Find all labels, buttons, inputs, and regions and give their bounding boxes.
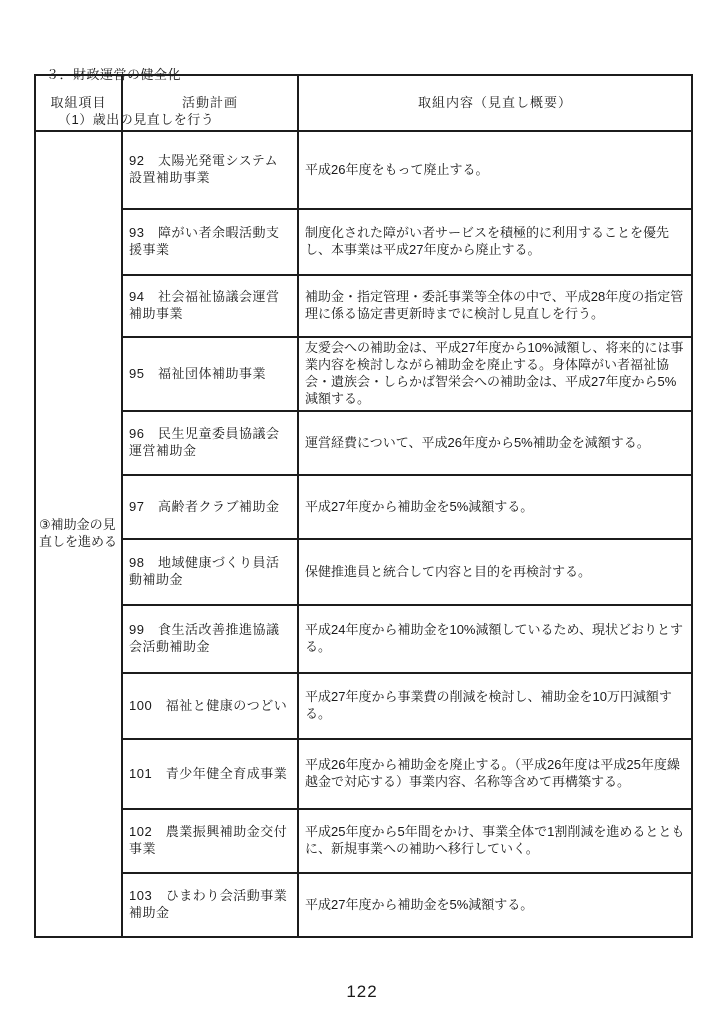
detail-cell: 保健推進員と統合して内容と目的を再検討する。 [298, 539, 692, 605]
header-activity-plan: 活動計画 [122, 75, 298, 131]
page-number: 122 [0, 982, 724, 1002]
table-row: 94 社会福祉協議会運営補助事業 補助金・指定管理・委託事業等全体の中で、平成2… [35, 275, 692, 337]
plan-cell: 96 民生児童委員協議会運営補助金 [122, 411, 298, 475]
header-row: 取組項目 活動計画 取組内容（見直し概要） [35, 75, 692, 131]
table-row: 100 福祉と健康のつどい 平成27年度から事業費の削減を検討し、補助金を10万… [35, 673, 692, 739]
detail-cell: 平成25年度から5年間をかけ、事業全体で1割削減を進めるとともに、新規事業への補… [298, 809, 692, 873]
detail-cell: 補助金・指定管理・委託事業等全体の中で、平成28年度の指定管理に係る協定書更新時… [298, 275, 692, 337]
detail-cell: 平成27年度から事業費の削減を検討し、補助金を10万円減額する。 [298, 673, 692, 739]
plan-cell: 101 青少年健全育成事業 [122, 739, 298, 809]
table-row: 97 高齢者クラブ補助金 平成27年度から補助金を5%減額する。 [35, 475, 692, 539]
table-row: 93 障がい者余暇活動支援事業 制度化された障がい者サービスを積極的に利用するこ… [35, 209, 692, 275]
plan-cell: 97 高齢者クラブ補助金 [122, 475, 298, 539]
table-row: 103 ひまわり会活動事業補助金 平成27年度から補助金を5%減額する。 [35, 873, 692, 937]
budget-review-table: 取組項目 活動計画 取組内容（見直し概要） ③補助金の見直しを進める 92 太陽… [34, 74, 693, 938]
detail-cell: 平成26年度をもって廃止する。 [298, 131, 692, 209]
table-row: 99 食生活改善推進協議会活動補助金 平成24年度から補助金を10%減額している… [35, 605, 692, 673]
table-row: ③補助金の見直しを進める 92 太陽光発電システム設置補助事業 平成26年度をも… [35, 131, 692, 209]
detail-cell: 平成27年度から補助金を5%減額する。 [298, 873, 692, 937]
header-review-summary: 取組内容（見直し概要） [298, 75, 692, 131]
plan-cell: 92 太陽光発電システム設置補助事業 [122, 131, 298, 209]
table-row: 95 福祉団体補助事業 友愛会への補助金は、平成27年度から10%減額し、将来的… [35, 337, 692, 411]
plan-cell: 95 福祉団体補助事業 [122, 337, 298, 411]
plan-cell: 94 社会福祉協議会運営補助事業 [122, 275, 298, 337]
plan-cell: 98 地域健康づくり員活動補助金 [122, 539, 298, 605]
document-page: ３．財政運営の健全化 （1）歳出の見直しを行う 取組項目 活動計画 取組内容（見… [0, 0, 724, 1024]
detail-cell: 平成24年度から補助金を10%減額しているため、現状どおりとする。 [298, 605, 692, 673]
detail-cell: 平成26年度から補助金を廃止する。（平成26年度は平成25年度繰越金で対応する）… [298, 739, 692, 809]
table-row: 98 地域健康づくり員活動補助金 保健推進員と統合して内容と目的を再検討する。 [35, 539, 692, 605]
detail-cell: 平成27年度から補助金を5%減額する。 [298, 475, 692, 539]
table-row: 96 民生児童委員協議会運営補助金 運営経費について、平成26年度から5%補助金… [35, 411, 692, 475]
plan-cell: 93 障がい者余暇活動支援事業 [122, 209, 298, 275]
group-cell: ③補助金の見直しを進める [35, 131, 122, 937]
header-initiative-item: 取組項目 [35, 75, 122, 131]
plan-cell: 102 農業振興補助金交付事業 [122, 809, 298, 873]
detail-cell: 運営経費について、平成26年度から5%補助金を減額する。 [298, 411, 692, 475]
table-row: 101 青少年健全育成事業 平成26年度から補助金を廃止する。（平成26年度は平… [35, 739, 692, 809]
table-row: 102 農業振興補助金交付事業 平成25年度から5年間をかけ、事業全体で1割削減… [35, 809, 692, 873]
plan-cell: 99 食生活改善推進協議会活動補助金 [122, 605, 298, 673]
plan-cell: 103 ひまわり会活動事業補助金 [122, 873, 298, 937]
detail-cell: 友愛会への補助金は、平成27年度から10%減額し、将来的には事業内容を検討しなが… [298, 337, 692, 411]
plan-cell: 100 福祉と健康のつどい [122, 673, 298, 739]
detail-cell: 制度化された障がい者サービスを積極的に利用することを優先し、本事業は平成27年度… [298, 209, 692, 275]
